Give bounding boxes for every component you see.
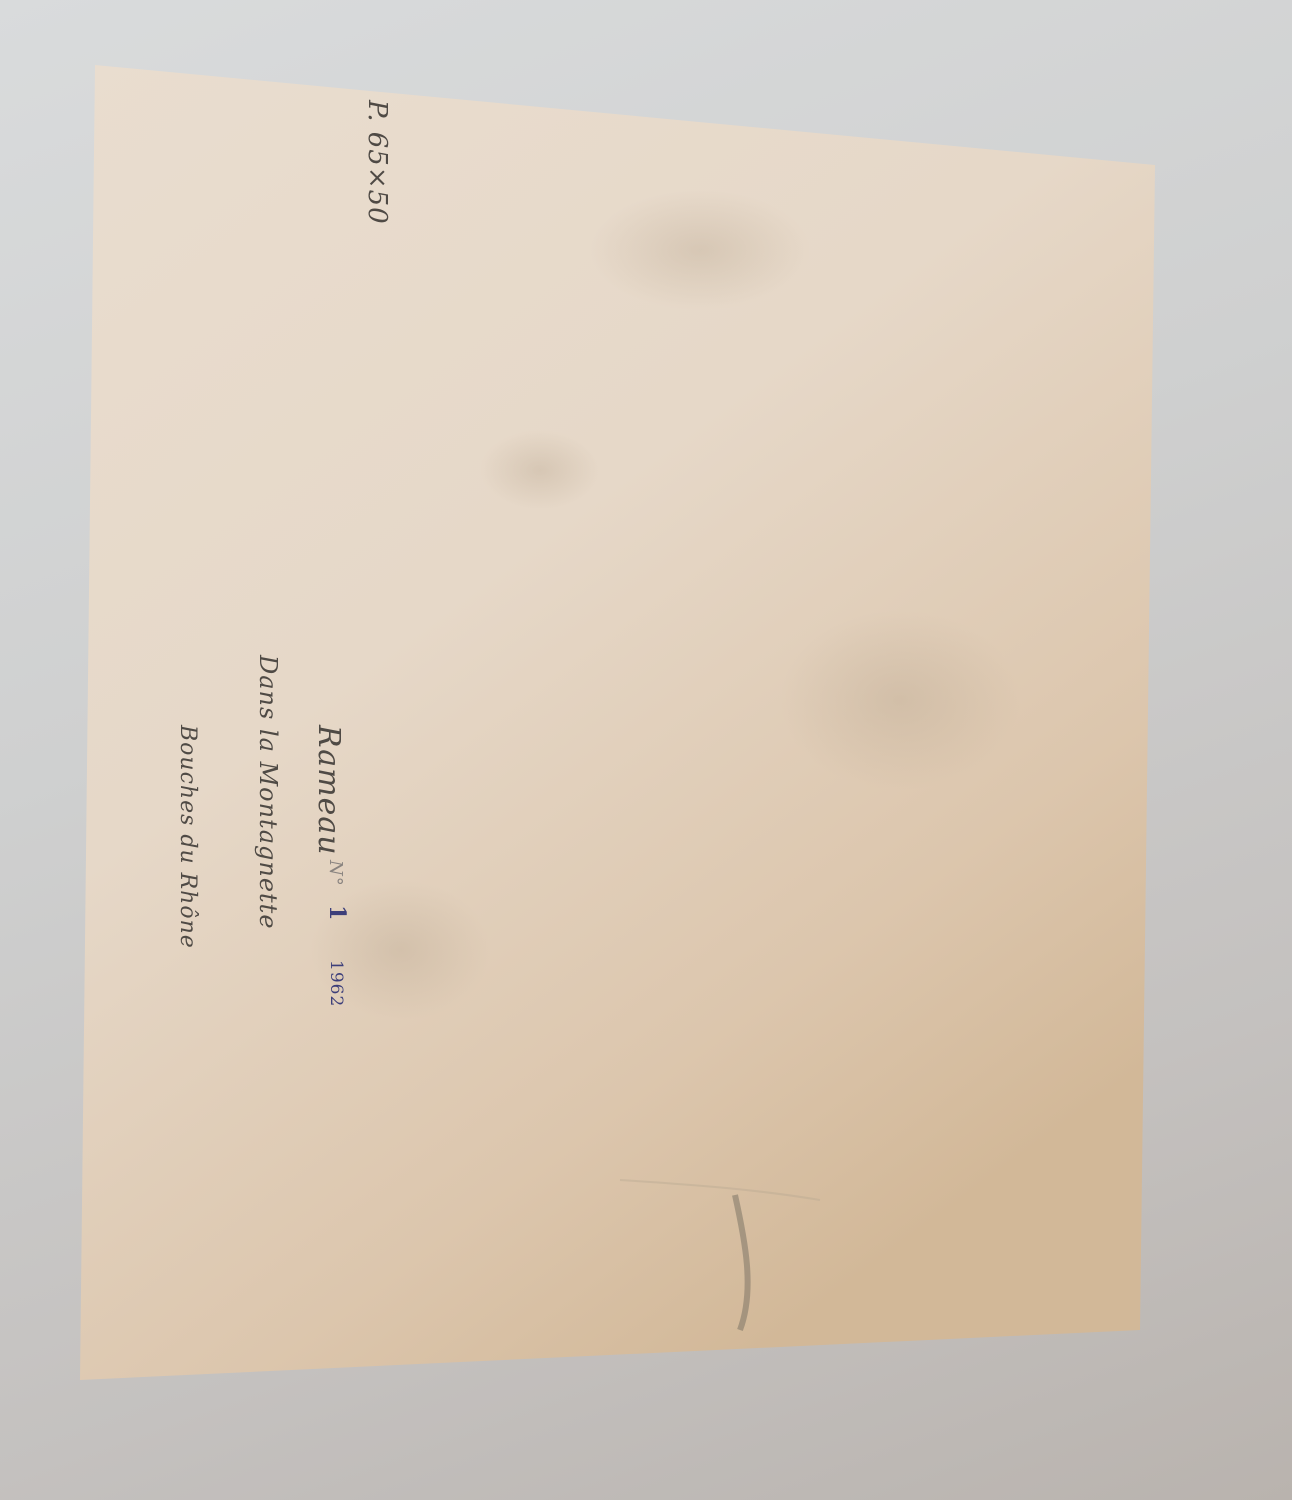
number-prefix: N° <box>325 860 346 887</box>
title-note: Rameau <box>311 725 346 856</box>
number-note: 1 <box>324 905 350 921</box>
year-note: 1962 <box>326 960 346 1007</box>
location-line1: Dans la Montagnette <box>254 655 282 930</box>
location-line2: Bouches du Rhône <box>175 725 200 949</box>
dimensions-note: P. 65×50 <box>362 100 392 225</box>
